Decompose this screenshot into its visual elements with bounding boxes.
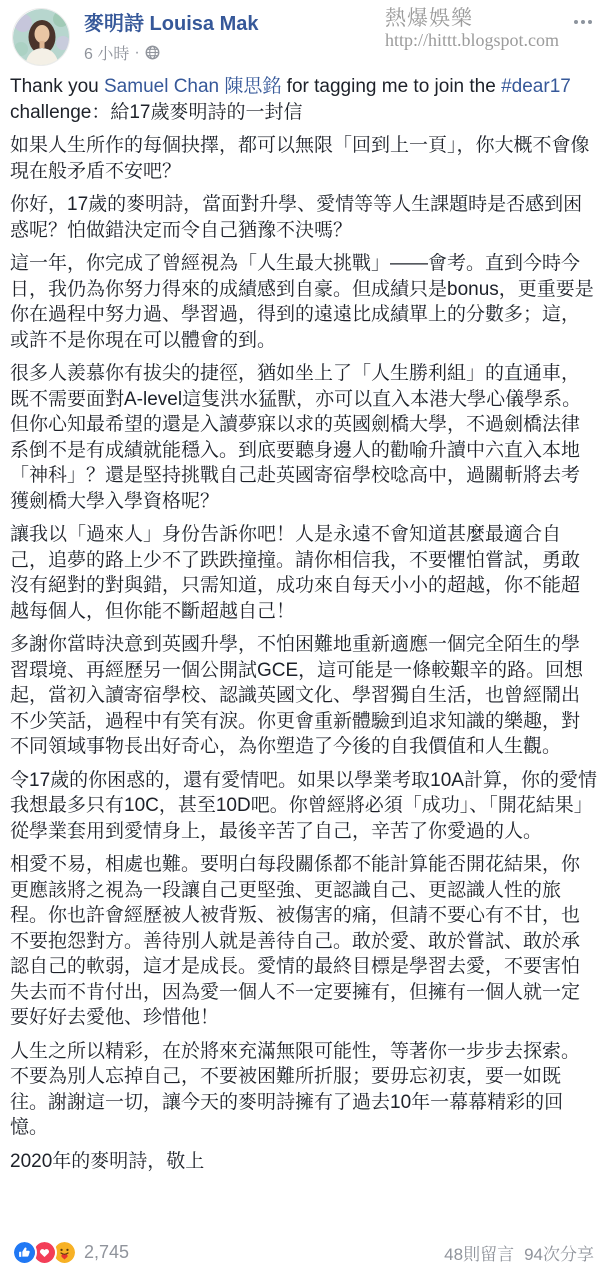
intro-mid-text: for tagging me to join the bbox=[281, 76, 501, 97]
post-paragraph: 相愛不易，相處也難。要明白每段關係都不能計算能否開花結果，你更應該將之視為一段讓… bbox=[10, 852, 598, 1031]
post-intro: Thank you Samuel Chan 陳思銘 for tagging me… bbox=[10, 74, 598, 125]
post-paragraph: 這一年，你完成了曾經視為「人生最大挑戰」——會考。直到今時今日，我仍為你努力得來… bbox=[10, 251, 598, 353]
reaction-count[interactable]: 2,745 bbox=[84, 1242, 129, 1263]
post-paragraph: 讓我以「過來人」身份告訴你吧！人是永遠不會知道甚麼最適合自己，追夢的路上少不了跌… bbox=[10, 522, 598, 624]
post-paragraph: 很多人羨慕你有拔尖的捷徑，猶如坐上了「人生勝利組」的直通車，既不需要面對A-le… bbox=[10, 361, 598, 514]
post-body: Thank you Samuel Chan 陳思銘 for tagging me… bbox=[0, 70, 608, 1174]
post-paragraph: 多謝你當時決意到英國升學，不怕困難地重新適應一個完全陌生的學習環境、再經歷另一個… bbox=[10, 632, 598, 760]
post-paragraph: 如果人生所作的每個抉擇，都可以無限「回到上一頁」，你大概不會像現在般矛盾不安吧？ bbox=[10, 133, 598, 184]
shares-count[interactable]: 94次分享 bbox=[524, 1240, 594, 1265]
facebook-post: 熱爆娛樂 http://hittt.blogspot.com bbox=[0, 0, 608, 1277]
more-options-icon[interactable] bbox=[570, 16, 596, 28]
like-reaction-icon bbox=[12, 1240, 37, 1265]
post-paragraph: 你好，17歲的麥明詩，當面對升學、愛情等等人生課題時是否感到困惑呢？怕做錯決定而… bbox=[10, 192, 598, 243]
avatar[interactable] bbox=[12, 8, 70, 66]
post-meta-line: 6 小時 · bbox=[84, 41, 258, 64]
avatar-image bbox=[13, 9, 70, 66]
hashtag-link[interactable]: #dear17 bbox=[501, 76, 571, 97]
engagement-bar: 2,745 48則留言 94次分享 bbox=[0, 1222, 608, 1277]
post-header: 麥明詩 Louisa Mak 6 小時 · bbox=[0, 0, 608, 70]
timestamp[interactable]: 6 小時 bbox=[84, 41, 129, 64]
tagged-person-link[interactable]: Samuel Chan 陳思銘 bbox=[104, 76, 281, 97]
header-meta: 麥明詩 Louisa Mak 6 小時 · bbox=[84, 8, 258, 64]
author-name[interactable]: 麥明詩 Louisa Mak bbox=[84, 12, 258, 36]
comments-shares-summary: 48則留言 94次分享 bbox=[444, 1240, 594, 1265]
comments-count[interactable]: 48則留言 bbox=[444, 1240, 514, 1265]
intro-pre-text: Thank you bbox=[10, 76, 104, 97]
post-paragraph: 人生之所以精彩，在於將來充滿無限可能性，等著你一步步去探索。不要為別人忘掉自己，… bbox=[10, 1039, 598, 1141]
intro-tail-text: challenge：給17歲麥明詩的一封信 bbox=[10, 102, 302, 123]
reactions-summary[interactable]: 2,745 bbox=[12, 1240, 129, 1265]
globe-public-icon bbox=[145, 45, 160, 60]
post-signature: 2020年的麥明詩，敬上 bbox=[10, 1149, 598, 1175]
post-paragraph: 令17歲的你困惑的，還有愛情吧。如果以學業考取10A計算，你的愛情我想最多只有1… bbox=[10, 768, 598, 845]
dot-separator: · bbox=[134, 44, 139, 62]
